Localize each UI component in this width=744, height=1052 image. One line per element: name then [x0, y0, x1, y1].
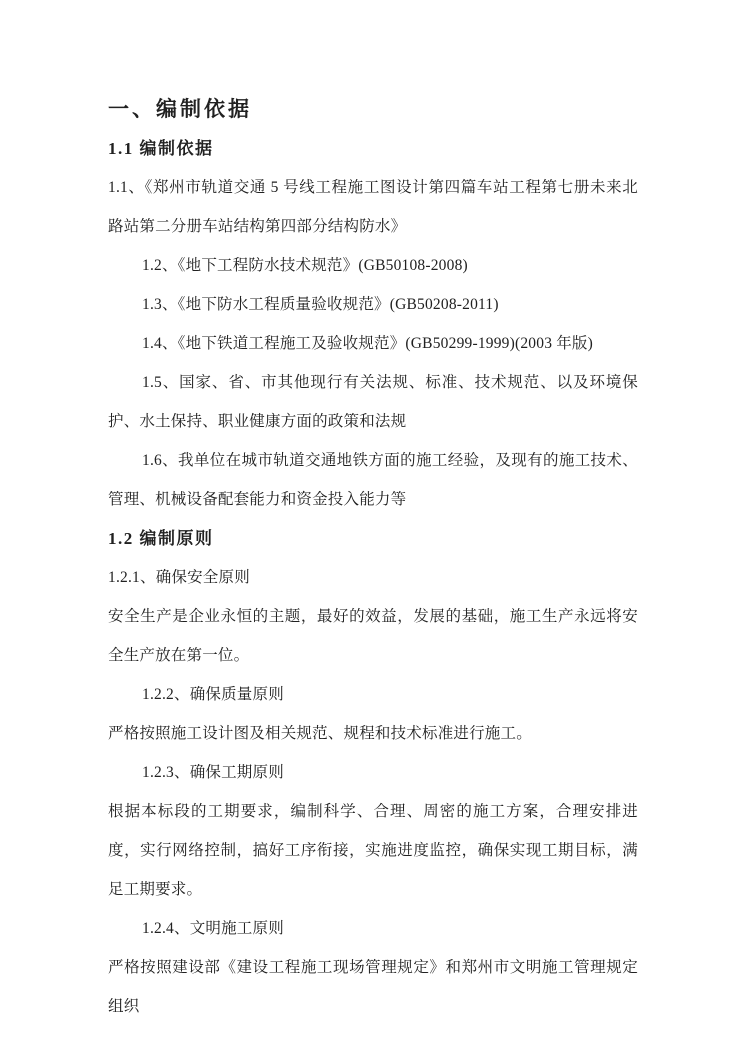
paragraph: 1.2.3、确保工期原则 — [108, 753, 638, 792]
paragraph: 严格按照建设部《建设工程施工现场管理规定》和郑州市文明施工管理规定组织 — [108, 948, 638, 1026]
paragraph: 1.3、《地下防水工程质量验收规范》(GB50208-2011) — [108, 285, 638, 324]
paragraph: 1.4、《地下铁道工程施工及验收规范》(GB50299-1999)(2003 年… — [108, 324, 638, 363]
paragraph: 1.2.2、确保质量原则 — [108, 675, 638, 714]
paragraph: 1.2.1、确保安全原则 — [108, 558, 638, 597]
paragraph: 严格按照施工设计图及相关规范、规程和技术标准进行施工。 — [108, 714, 638, 753]
paragraph: 1.5、国家、省、市其他现行有关法规、标准、技术规范、以及环境保护、水土保持、职… — [108, 363, 638, 441]
paragraph: 安全生产是企业永恒的主题，最好的效益，发展的基础，施工生产永远将安全生产放在第一… — [108, 597, 638, 675]
paragraph: 1.1、《郑州市轨道交通 5 号线工程施工图设计第四篇车站工程第七册未来北路站第… — [108, 168, 638, 246]
document-content: 一、编制依据1.1 编制依据1.1、《郑州市轨道交通 5 号线工程施工图设计第四… — [108, 90, 638, 1026]
section-heading: 一、编制依据 — [108, 90, 638, 129]
paragraph: 1.6、我单位在城市轨道交通地铁方面的施工经验，及现有的施工技术、管理、机械设备… — [108, 441, 638, 519]
subsection-heading: 1.2 编制原则 — [108, 519, 638, 558]
paragraph: 根据本标段的工期要求，编制科学、合理、周密的施工方案，合理安排进度，实行网络控制… — [108, 792, 638, 909]
paragraph: 1.2、《地下工程防水技术规范》(GB50108-2008) — [108, 246, 638, 285]
document-page: 一、编制依据1.1 编制依据1.1、《郑州市轨道交通 5 号线工程施工图设计第四… — [0, 0, 744, 1052]
subsection-heading: 1.1 编制依据 — [108, 129, 638, 168]
paragraph: 1.2.4、文明施工原则 — [108, 909, 638, 948]
